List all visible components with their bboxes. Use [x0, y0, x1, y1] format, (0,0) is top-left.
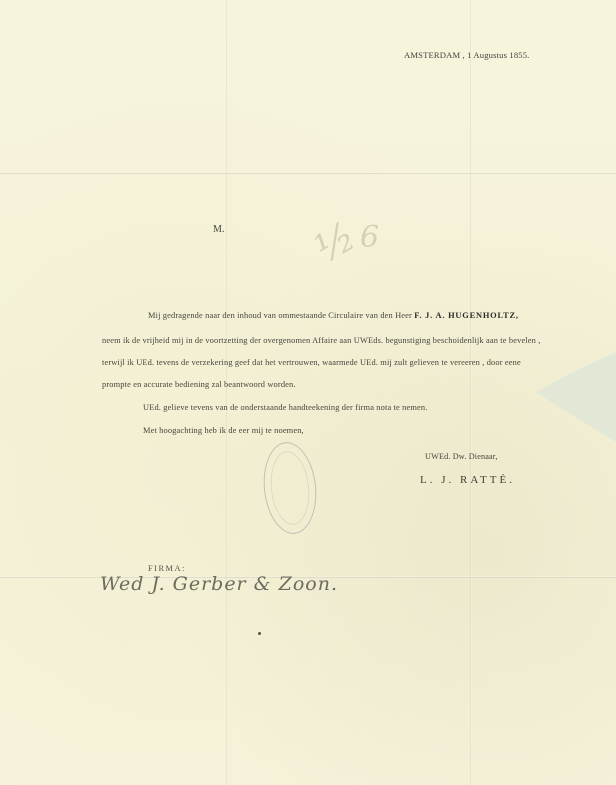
signatory-name: L. J. RATTÉ. — [420, 474, 515, 486]
closing: UWEd. Dw. Dienaar, — [425, 452, 498, 461]
dateline: AMSTERDAM , 1 Augustus 1855. — [404, 50, 529, 60]
body-line-2: neem ik de vrijheid mij in de voortzetti… — [102, 336, 540, 345]
body-line-3: terwijl ik UEd. tevens de verzekering ge… — [102, 358, 521, 367]
ink-dot — [258, 632, 261, 635]
body-line-1: Mij gedragende naar den inhoud van ommes… — [148, 311, 519, 320]
recipient-name: F. J. A. HUGENHOLTZ, — [414, 311, 519, 320]
body-line-1-text: Mij gedragende naar den inhoud van ommes… — [148, 311, 414, 320]
firma-label: FIRMA: — [148, 564, 186, 573]
fold-line-vertical-right — [470, 0, 472, 785]
body-line-4: prompte en accurate bediening zal beantw… — [102, 380, 296, 389]
fold-line-horizontal-top — [0, 172, 616, 174]
handwritten-signature: Wed J. Gerber & Zoon. — [100, 573, 338, 595]
fold-line-vertical-left — [226, 0, 228, 785]
salutation: M. — [213, 224, 225, 235]
letter-paper — [0, 0, 616, 785]
body-line-5: UEd. gelieve tevens van de onderstaande … — [143, 403, 427, 412]
faint-annotation-2: 6 — [360, 220, 379, 255]
body-line-6: Met hoogachting heb ik de eer mij te noe… — [143, 426, 304, 435]
